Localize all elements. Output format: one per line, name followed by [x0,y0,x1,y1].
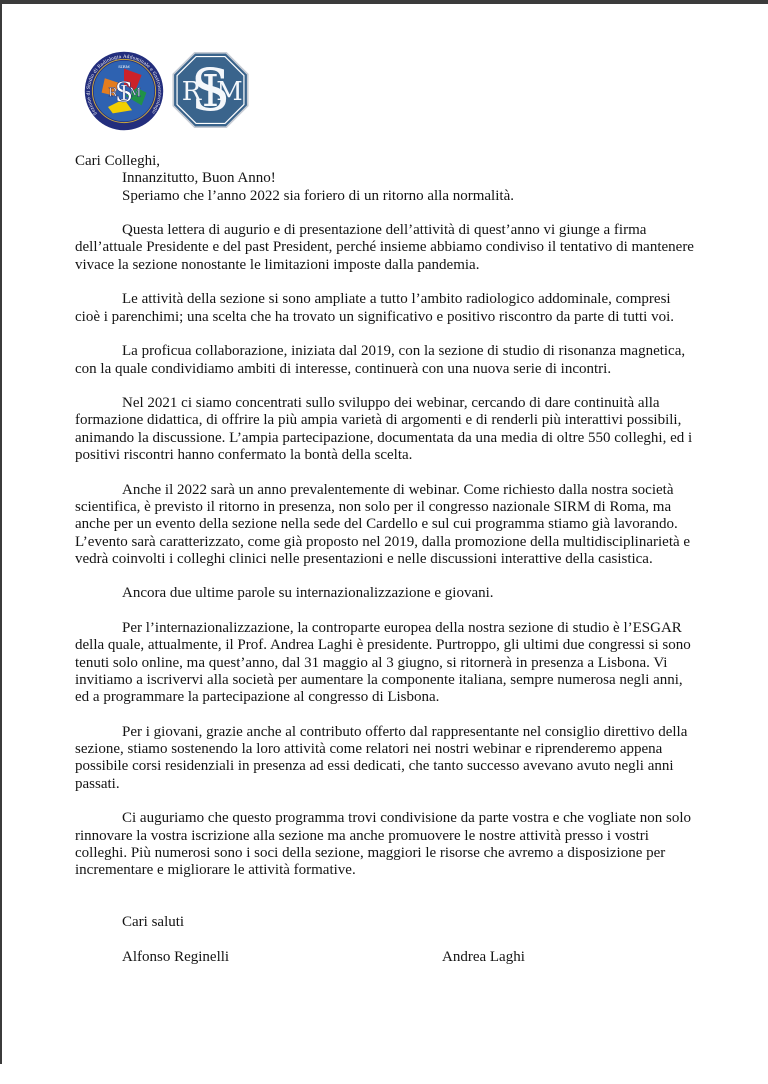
scan-border-left [0,0,2,1064]
closing-salutation: Cari saluti [75,914,695,931]
paragraph: Ancora due ultime parole su internaziona… [75,585,695,602]
paragraph: Per i giovani, grazie anche al contribut… [75,724,695,793]
paragraph: Per l’internazionalizzazione, la controp… [75,620,695,706]
letter-page: { "page": { "background": "#ffffff", "sc… [0,0,768,1084]
signature-row: Alfonso Reginelli Andrea Laghi [75,949,695,967]
scan-border-top [0,0,768,4]
paragraph: La proficua collaborazione, iniziata dal… [75,343,695,378]
signature-president: Alfonso Reginelli [122,949,229,966]
sirm-round-logo-icon: Sezione di Studio di Radiologia Addomina… [84,50,164,132]
round-logo-monogram-i: I [120,81,128,105]
sirm-octagon-logo-icon: R M S I [172,52,249,128]
salutation: Cari Colleghi, [75,153,695,170]
sirm-octagon-logo: R M S I [172,52,249,128]
opening-line-2: Speriamo che l’anno 2022 sia foriero di … [75,188,695,205]
paragraphs: Questa lettera di augurio e di presentaz… [75,222,695,879]
paragraph: Ci auguriamo che questo programma trovi … [75,810,695,879]
octagon-monogram-i: I [202,66,219,117]
letterhead-logos: Sezione di Studio di Radiologia Addomina… [84,50,249,132]
signature-past-president: Andrea Laghi [442,949,525,966]
opening-line-1: Innanzitutto, Buon Anno! [75,170,695,187]
paragraph: Anche il 2022 sarà un anno prevalentemen… [75,482,695,568]
letter-body: Cari Colleghi, Innanzitutto, Buon Anno! … [75,153,695,967]
round-logo-small-label: SIRM [118,64,129,69]
paragraph: Le attività della sezione si sono amplia… [75,291,695,326]
paragraph: Questa lettera di augurio e di presentaz… [75,222,695,274]
paragraph: Nel 2021 ci siamo concentrati sullo svil… [75,395,695,464]
sirm-section-round-logo: Sezione di Studio di Radiologia Addomina… [84,50,164,132]
